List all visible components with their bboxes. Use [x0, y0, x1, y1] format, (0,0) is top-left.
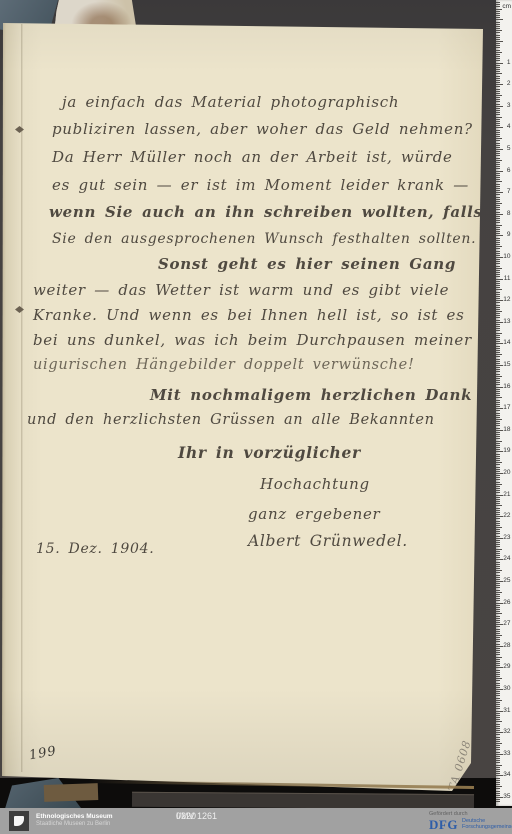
ruler-tick — [496, 650, 500, 651]
ruler-tick — [496, 799, 500, 800]
ruler-tick — [496, 447, 500, 448]
ruler-tick — [496, 143, 500, 144]
ruler-tick — [496, 145, 500, 146]
ruler-tick — [496, 607, 500, 608]
ruler-tick — [496, 698, 500, 699]
ruler-tick — [496, 298, 500, 299]
ruler-tick — [496, 676, 500, 677]
ruler-tick — [496, 438, 500, 439]
ruler-tick — [496, 341, 500, 342]
ruler-tick — [496, 516, 503, 517]
ruler-tick — [496, 199, 500, 200]
ruler-tick — [496, 726, 500, 727]
ruler-tick — [496, 315, 500, 316]
ruler-tick — [496, 421, 500, 422]
museum-subtitle: Staatliche Museen zu Berlin — [36, 821, 110, 827]
ruler-tick — [496, 717, 500, 718]
ruler-tick — [496, 365, 503, 366]
ruler-number: 29 — [503, 663, 510, 670]
ruler-tick — [496, 158, 500, 159]
museum-name: Ethnologisches Museum — [36, 813, 113, 820]
ruler-tick — [496, 197, 500, 198]
ruler-tick — [496, 220, 500, 221]
ruler-tick — [496, 631, 500, 632]
ruler-tick — [496, 292, 500, 293]
ruler-tick — [496, 84, 503, 85]
ruler-tick — [496, 47, 500, 48]
handwritten-line: 15. Dez. 1904. — [36, 542, 154, 556]
ruler-tick — [496, 695, 500, 696]
ruler-tick — [496, 533, 500, 534]
ruler-tick — [496, 380, 500, 381]
ruler-tick — [496, 523, 500, 524]
ruler-tick — [496, 795, 500, 796]
ruler-tick — [496, 80, 500, 81]
ruler-tick — [496, 521, 500, 522]
ruler-tick — [496, 175, 500, 176]
ruler-tick — [496, 603, 503, 604]
ruler-tick — [496, 376, 502, 377]
ruler-tick — [496, 218, 500, 219]
ruler-tick — [496, 35, 500, 36]
ruler-number: 12 — [503, 296, 510, 303]
ruler-tick — [496, 441, 502, 442]
ruler-tick — [496, 106, 503, 107]
page-number-annotation: 199 — [28, 744, 58, 764]
ruler-tick — [496, 415, 500, 416]
ruler-tick — [496, 449, 500, 450]
ruler-tick — [496, 488, 500, 489]
ruler-tick — [496, 659, 500, 660]
ruler-tick — [496, 674, 500, 675]
ruler-tick — [496, 410, 500, 411]
handwritten-line: Albert Grünwedel. — [248, 534, 408, 550]
ruler-number: 2 — [507, 80, 511, 87]
ruler-number: 20 — [503, 469, 510, 476]
ruler-tick — [496, 225, 502, 226]
ruler-tick — [496, 251, 500, 252]
ruler-tick — [496, 168, 500, 169]
ruler-tick — [496, 622, 500, 623]
ruler-tick — [496, 616, 500, 617]
ruler-number: 8 — [507, 210, 511, 217]
ruler-number: 10 — [503, 253, 510, 260]
ruler-number: 35 — [503, 793, 510, 800]
ruler-tick — [496, 326, 500, 327]
handwritten-line: publiziren lassen, aber woher das Geld n… — [52, 122, 473, 137]
ruler-tick — [496, 786, 502, 787]
ruler-tick — [496, 181, 502, 182]
ruler-tick — [496, 317, 500, 318]
ruler-tick — [496, 661, 500, 662]
ruler-tick — [496, 276, 500, 277]
ruler-tick — [496, 367, 500, 368]
ruler-tick — [496, 17, 500, 18]
ruler-number: 33 — [503, 750, 510, 757]
ruler-tick — [496, 546, 500, 547]
ruler-tick — [496, 259, 500, 260]
ruler-tick — [496, 140, 500, 141]
ruler-tick — [496, 700, 502, 701]
ruler-tick — [496, 747, 500, 748]
ruler-tick — [496, 724, 500, 725]
ruler-number: 7 — [507, 188, 511, 195]
ruler-tick — [496, 147, 500, 148]
ruler-tick — [496, 587, 500, 588]
handwritten-line: Ihr in vorzüglicher — [178, 445, 361, 461]
ruler-tick — [496, 60, 500, 61]
handwritten-line: es gut sein — er ist im Moment leider kr… — [52, 178, 469, 193]
ruler-tick — [496, 590, 500, 591]
ruler-tick — [496, 486, 500, 487]
ruler-tick — [496, 104, 500, 105]
ruler-tick — [496, 19, 503, 20]
ruler-tick — [496, 482, 500, 483]
ruler-tick — [496, 153, 500, 154]
ruler-tick — [496, 76, 500, 77]
ruler-tick — [496, 609, 500, 610]
ruler-tick — [496, 214, 503, 215]
ruler-tick — [496, 54, 500, 55]
ruler-tick — [496, 281, 500, 282]
ruler-tick — [496, 86, 500, 87]
ruler-tick — [496, 235, 503, 236]
ruler-tick — [496, 536, 500, 537]
ruler-tick — [496, 635, 502, 636]
ruler-tick — [496, 328, 500, 329]
ruler-tick — [496, 229, 500, 230]
ruler-tick — [496, 704, 500, 705]
handwritten-line: Hochachtung — [260, 477, 370, 492]
ruler-tick — [496, 188, 500, 189]
ruler-tick — [496, 667, 503, 668]
ruler-tick — [496, 404, 500, 405]
ruler-tick — [496, 479, 500, 480]
ruler-tick — [496, 45, 500, 46]
ruler-tick — [496, 663, 500, 664]
ruler-tick — [496, 432, 500, 433]
ruler-tick — [496, 309, 500, 310]
ruler-tick — [496, 613, 502, 614]
ruler-tick — [496, 270, 500, 271]
ruler-tick — [496, 564, 500, 565]
ruler-tick — [496, 391, 500, 392]
ruler-tick — [496, 231, 500, 232]
ruler-tick — [496, 266, 500, 267]
ruler-tick — [496, 190, 500, 191]
ruler-tick — [496, 484, 502, 485]
handwritten-line: ja einfach das Material photographisch — [62, 95, 399, 110]
ruler-tick — [496, 274, 500, 275]
handwritten-line: ganz ergebener — [248, 507, 380, 522]
ruler-tick — [496, 646, 503, 647]
ruler-number: 27 — [503, 620, 510, 627]
ruler-number: 11 — [504, 275, 511, 282]
ruler-tick — [496, 63, 503, 64]
ruler-tick — [496, 464, 500, 465]
ruler-tick — [496, 456, 500, 457]
ruler-tick — [496, 525, 500, 526]
ruler-tick — [496, 436, 500, 437]
ruler-tick — [496, 758, 500, 759]
ruler-tick — [496, 337, 500, 338]
ruler-tick — [496, 134, 500, 135]
ruler-tick — [496, 101, 500, 102]
ruler-tick — [496, 451, 503, 452]
ruler-number: 31 — [503, 707, 510, 714]
ruler-tick — [496, 715, 500, 716]
ruler-tick — [496, 469, 500, 470]
ruler-tick — [496, 793, 500, 794]
ruler-tick — [496, 708, 500, 709]
ruler-tick — [496, 359, 500, 360]
ruler-tick — [496, 730, 500, 731]
ruler-tick — [496, 596, 500, 597]
ruler-tick — [496, 510, 500, 511]
ruler-unit-label: cm — [502, 3, 511, 10]
ruler-tick — [496, 335, 500, 336]
ruler-tick — [496, 773, 500, 774]
ruler-tick — [496, 13, 500, 14]
ruler-number: 26 — [503, 599, 510, 606]
ruler-tick — [496, 244, 500, 245]
ruler-tick — [496, 570, 502, 571]
ruler-tick — [496, 333, 502, 334]
ruler-tick — [496, 125, 500, 126]
ruler-tick — [496, 369, 500, 370]
ruler-tick — [496, 313, 500, 314]
ruler-tick — [496, 402, 500, 403]
ruler-tick — [496, 734, 500, 735]
ruler-tick — [496, 127, 503, 128]
ruler-number: 32 — [503, 728, 510, 735]
ruler-tick — [496, 69, 500, 70]
ruler-tick — [496, 454, 500, 455]
ruler-tick — [496, 495, 503, 496]
ruler-tick — [496, 408, 503, 409]
ruler-tick — [496, 791, 500, 792]
ruler-tick — [496, 296, 500, 297]
ruler-tick — [496, 598, 500, 599]
handwritten-line: Da Herr Müller noch an der Arbeit ist, w… — [52, 150, 453, 165]
ruler-tick — [496, 261, 500, 262]
ruler-tick — [496, 797, 503, 798]
ruler-tick — [496, 581, 503, 582]
ruler-tick — [496, 95, 502, 96]
ruler-tick — [496, 350, 500, 351]
book-board-edge — [44, 783, 99, 802]
ruler-tick — [496, 629, 500, 630]
ruler-tick — [496, 778, 500, 779]
ruler-tick — [496, 767, 500, 768]
ruler-tick — [496, 460, 500, 461]
ruler-tick — [496, 26, 500, 27]
ruler-tick — [496, 166, 500, 167]
ruler-tick — [496, 2, 500, 3]
ruler-tick — [496, 784, 500, 785]
ruler-tick — [496, 56, 500, 57]
ruler-tick — [496, 501, 500, 502]
ruler-tick — [496, 22, 500, 23]
ruler-tick — [496, 201, 500, 202]
ruler-tick — [496, 209, 500, 210]
ruler-tick — [496, 93, 500, 94]
ruler-tick — [496, 683, 500, 684]
ruler-tick — [496, 305, 500, 306]
ruler-tick — [496, 562, 500, 563]
ruler-tick — [496, 67, 500, 68]
ruler-tick — [496, 257, 503, 258]
ruler-tick — [496, 238, 500, 239]
ruler-tick — [496, 771, 500, 772]
ruler-tick — [496, 24, 500, 25]
ruler-tick — [496, 518, 500, 519]
ruler-tick — [496, 248, 500, 249]
ruler-tick — [496, 50, 500, 51]
ruler-tick — [496, 160, 502, 161]
ruler-tick — [496, 600, 500, 601]
ruler-tick — [496, 685, 500, 686]
ruler-number: 13 — [503, 318, 510, 325]
ruler-tick — [496, 179, 500, 180]
ruler-tick — [496, 762, 500, 763]
ruler-tick — [496, 203, 502, 204]
ruler-tick — [496, 641, 500, 642]
ruler-tick — [496, 242, 500, 243]
ruler-tick — [496, 389, 500, 390]
ruler-tick — [496, 687, 500, 688]
ruler-number: 30 — [503, 685, 510, 692]
ruler-tick — [496, 43, 500, 44]
ruler-tick — [496, 462, 502, 463]
ruler-number: 22 — [503, 512, 510, 519]
ruler: cm 1234567891011121314151617181920212223… — [496, 0, 512, 806]
ruler-tick — [496, 361, 500, 362]
ruler-tick — [496, 719, 500, 720]
ruler-tick — [496, 263, 500, 264]
ruler-tick — [496, 430, 503, 431]
ruler-number: 25 — [503, 577, 510, 584]
ruler-tick — [496, 680, 500, 681]
museum-logo-glyph — [14, 816, 24, 826]
ruler-tick — [496, 618, 500, 619]
ruler-tick — [496, 173, 500, 174]
ruler-tick — [496, 30, 502, 31]
ruler-tick — [496, 473, 503, 474]
ruler-tick — [496, 123, 500, 124]
ruler-tick — [496, 557, 500, 558]
ruler-tick — [496, 233, 500, 234]
ruler-number: 5 — [507, 145, 511, 152]
binding-crease — [21, 24, 23, 772]
ruler-tick — [496, 108, 500, 109]
ruler-number: 6 — [507, 167, 511, 174]
ruler-tick — [496, 194, 500, 195]
ruler-tick — [496, 428, 500, 429]
ruler-number: 15 — [503, 361, 510, 368]
ruler-tick — [496, 119, 500, 120]
ruler-tick — [496, 378, 500, 379]
ruler-tick — [496, 497, 500, 498]
ruler-tick — [496, 769, 500, 770]
handwritten-line: Kranke. Und wenn es bei Ihnen hell ist, … — [33, 308, 465, 323]
ruler-tick — [496, 6, 500, 7]
ruler-tick — [496, 626, 500, 627]
ruler-tick — [496, 689, 503, 690]
ruler-tick — [496, 246, 502, 247]
ruler-tick — [496, 654, 500, 655]
ruler-tick — [496, 322, 503, 323]
ruler-tick — [496, 287, 500, 288]
ruler-tick — [496, 15, 500, 16]
ruler-tick — [496, 471, 500, 472]
handwritten-line: weiter — das Wetter ist warm und es gibt… — [33, 283, 449, 298]
ruler-tick — [496, 28, 500, 29]
ruler-tick — [496, 572, 500, 573]
ruler-tick — [496, 633, 500, 634]
ruler-tick — [496, 330, 500, 331]
ruler-tick — [496, 749, 500, 750]
ruler-tick — [496, 184, 500, 185]
ruler-tick — [496, 467, 500, 468]
ruler-tick — [496, 354, 502, 355]
handwritten-line: wenn Sie auch an ihn schreiben wollten, … — [49, 205, 483, 220]
ruler-tick — [496, 294, 500, 295]
ruler-tick — [496, 765, 502, 766]
ruler-tick — [496, 801, 500, 802]
ruler-number: 14 — [503, 339, 510, 346]
ruler-tick — [496, 348, 500, 349]
ruler-number: 17 — [503, 404, 510, 411]
ruler-tick — [496, 492, 500, 493]
ruler-tick — [496, 177, 500, 178]
ruler-tick — [496, 644, 500, 645]
ruler-tick — [496, 505, 502, 506]
ruler-tick — [496, 289, 502, 290]
ruler-tick — [496, 490, 500, 491]
ruler-tick — [496, 538, 503, 539]
ruler-tick — [496, 99, 500, 100]
ruler-tick — [496, 216, 500, 217]
ruler-tick — [496, 343, 503, 344]
ruler-tick — [496, 311, 502, 312]
ruler-number: 24 — [503, 555, 510, 562]
ruler-tick — [496, 9, 502, 10]
handwritten-line: Sie den ausgesprochenen Wunsch festhalte… — [52, 232, 476, 246]
book-board-edge — [132, 792, 474, 809]
ruler-tick — [496, 320, 500, 321]
ruler-tick — [496, 268, 502, 269]
ruler-tick — [496, 352, 500, 353]
ruler-number: 16 — [503, 383, 510, 390]
ruler-tick — [496, 499, 500, 500]
ruler-tick — [496, 527, 502, 528]
ruler-tick — [496, 300, 503, 301]
ruler-tick — [496, 652, 500, 653]
scanned-page: ja einfach das Material photographischpu… — [0, 0, 497, 800]
ruler-tick — [496, 512, 500, 513]
ruler-tick — [496, 395, 500, 396]
ruler-tick — [496, 110, 500, 111]
ruler-tick — [496, 272, 500, 273]
ruler-tick — [496, 413, 500, 414]
ruler-tick — [496, 605, 500, 606]
ruler-tick — [496, 445, 500, 446]
ruler-tick — [496, 728, 500, 729]
handwritten-line: Mit nochmaligem herzlichen Dank — [150, 388, 472, 403]
ruler-tick — [496, 382, 500, 383]
ruler-tick — [496, 568, 500, 569]
